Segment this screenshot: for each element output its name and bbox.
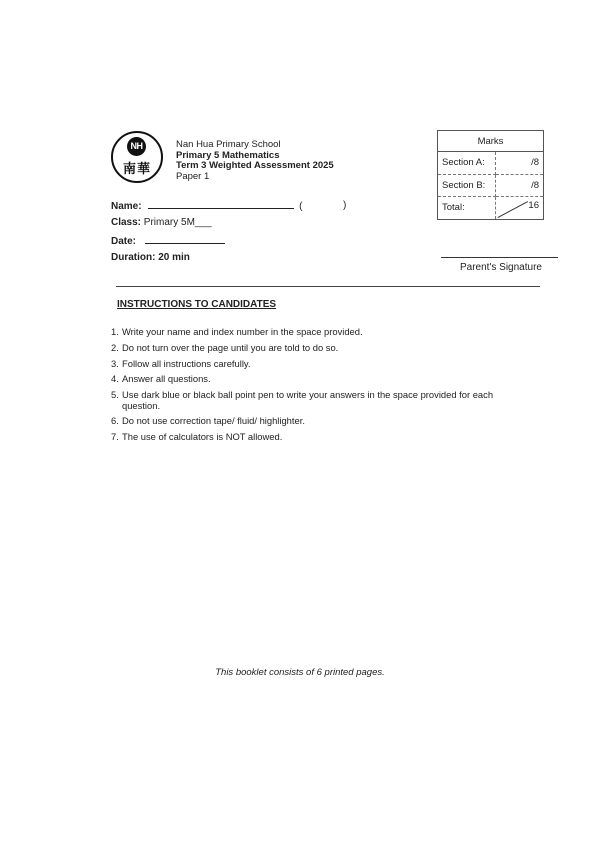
section-a-label: Section A:	[438, 152, 496, 175]
instruction-item: 7.The use of calculators is NOT allowed.	[111, 432, 531, 443]
section-a-score: /8	[496, 152, 544, 175]
school-header: Nan Hua Primary School Primary 5 Mathema…	[176, 140, 334, 182]
class-row: Class: Primary 5M___	[111, 217, 212, 228]
total-max: 16	[528, 200, 539, 211]
signature-line[interactable]	[441, 257, 558, 258]
instruction-item: 4.Answer all questions.	[111, 374, 531, 385]
marks-row-section-a: Section A: /8	[438, 152, 544, 175]
instruction-item: 5.Use dark blue or black ball point pen …	[111, 390, 531, 411]
section-b-score: /8	[496, 174, 544, 197]
marks-table: Marks Section A: /8 Section B: /8 Total:…	[437, 130, 544, 220]
school-name: Nan Hua Primary School	[176, 140, 334, 151]
instruction-item: 6.Do not use correction tape/ fluid/ hig…	[111, 416, 531, 427]
marks-header: Marks	[438, 131, 544, 152]
instructions-title: INSTRUCTIONS TO CANDIDATES	[117, 299, 276, 310]
duration-row: Duration: 20 min	[111, 252, 190, 263]
name-field[interactable]	[148, 200, 294, 209]
logo-monogram: NH	[127, 137, 146, 156]
date-row: Date:	[111, 235, 225, 247]
assessment-title: Term 3 Weighted Assessment 2025	[176, 161, 334, 172]
name-row: Name: (	[111, 200, 302, 212]
class-label: Class:	[111, 217, 141, 228]
index-open-paren: (	[299, 201, 302, 212]
duration-value: 20 min	[158, 252, 190, 263]
instructions-list: 1.Write your name and index number in th…	[111, 327, 531, 448]
date-label: Date:	[111, 236, 136, 247]
booklet-page-count-note: This booklet consists of 6 printed pages…	[0, 667, 600, 678]
name-label: Name:	[111, 201, 142, 212]
paper-label: Paper 1	[176, 172, 334, 183]
index-close-paren: )	[343, 200, 346, 211]
marks-row-section-b: Section B: /8	[438, 174, 544, 197]
class-blank[interactable]: ___	[195, 217, 212, 228]
signature-label: Parent's Signature	[460, 262, 542, 273]
total-score-cell: 16	[496, 197, 544, 220]
logo-chinese-name: 南華	[113, 158, 161, 177]
section-divider	[116, 286, 540, 287]
class-value: Primary 5M	[144, 217, 195, 228]
marks-row-total: Total: 16	[438, 197, 544, 220]
instruction-item: 3.Follow all instructions carefully.	[111, 359, 531, 370]
instruction-item: 2.Do not turn over the page until you ar…	[111, 343, 531, 354]
instruction-item: 1.Write your name and index number in th…	[111, 327, 531, 338]
date-field[interactable]	[145, 235, 225, 244]
school-logo: NH 南華	[111, 131, 163, 183]
section-b-label: Section B:	[438, 174, 496, 197]
total-divider-slash	[498, 201, 528, 218]
duration-label: Duration:	[111, 252, 155, 263]
total-label: Total:	[438, 197, 496, 220]
